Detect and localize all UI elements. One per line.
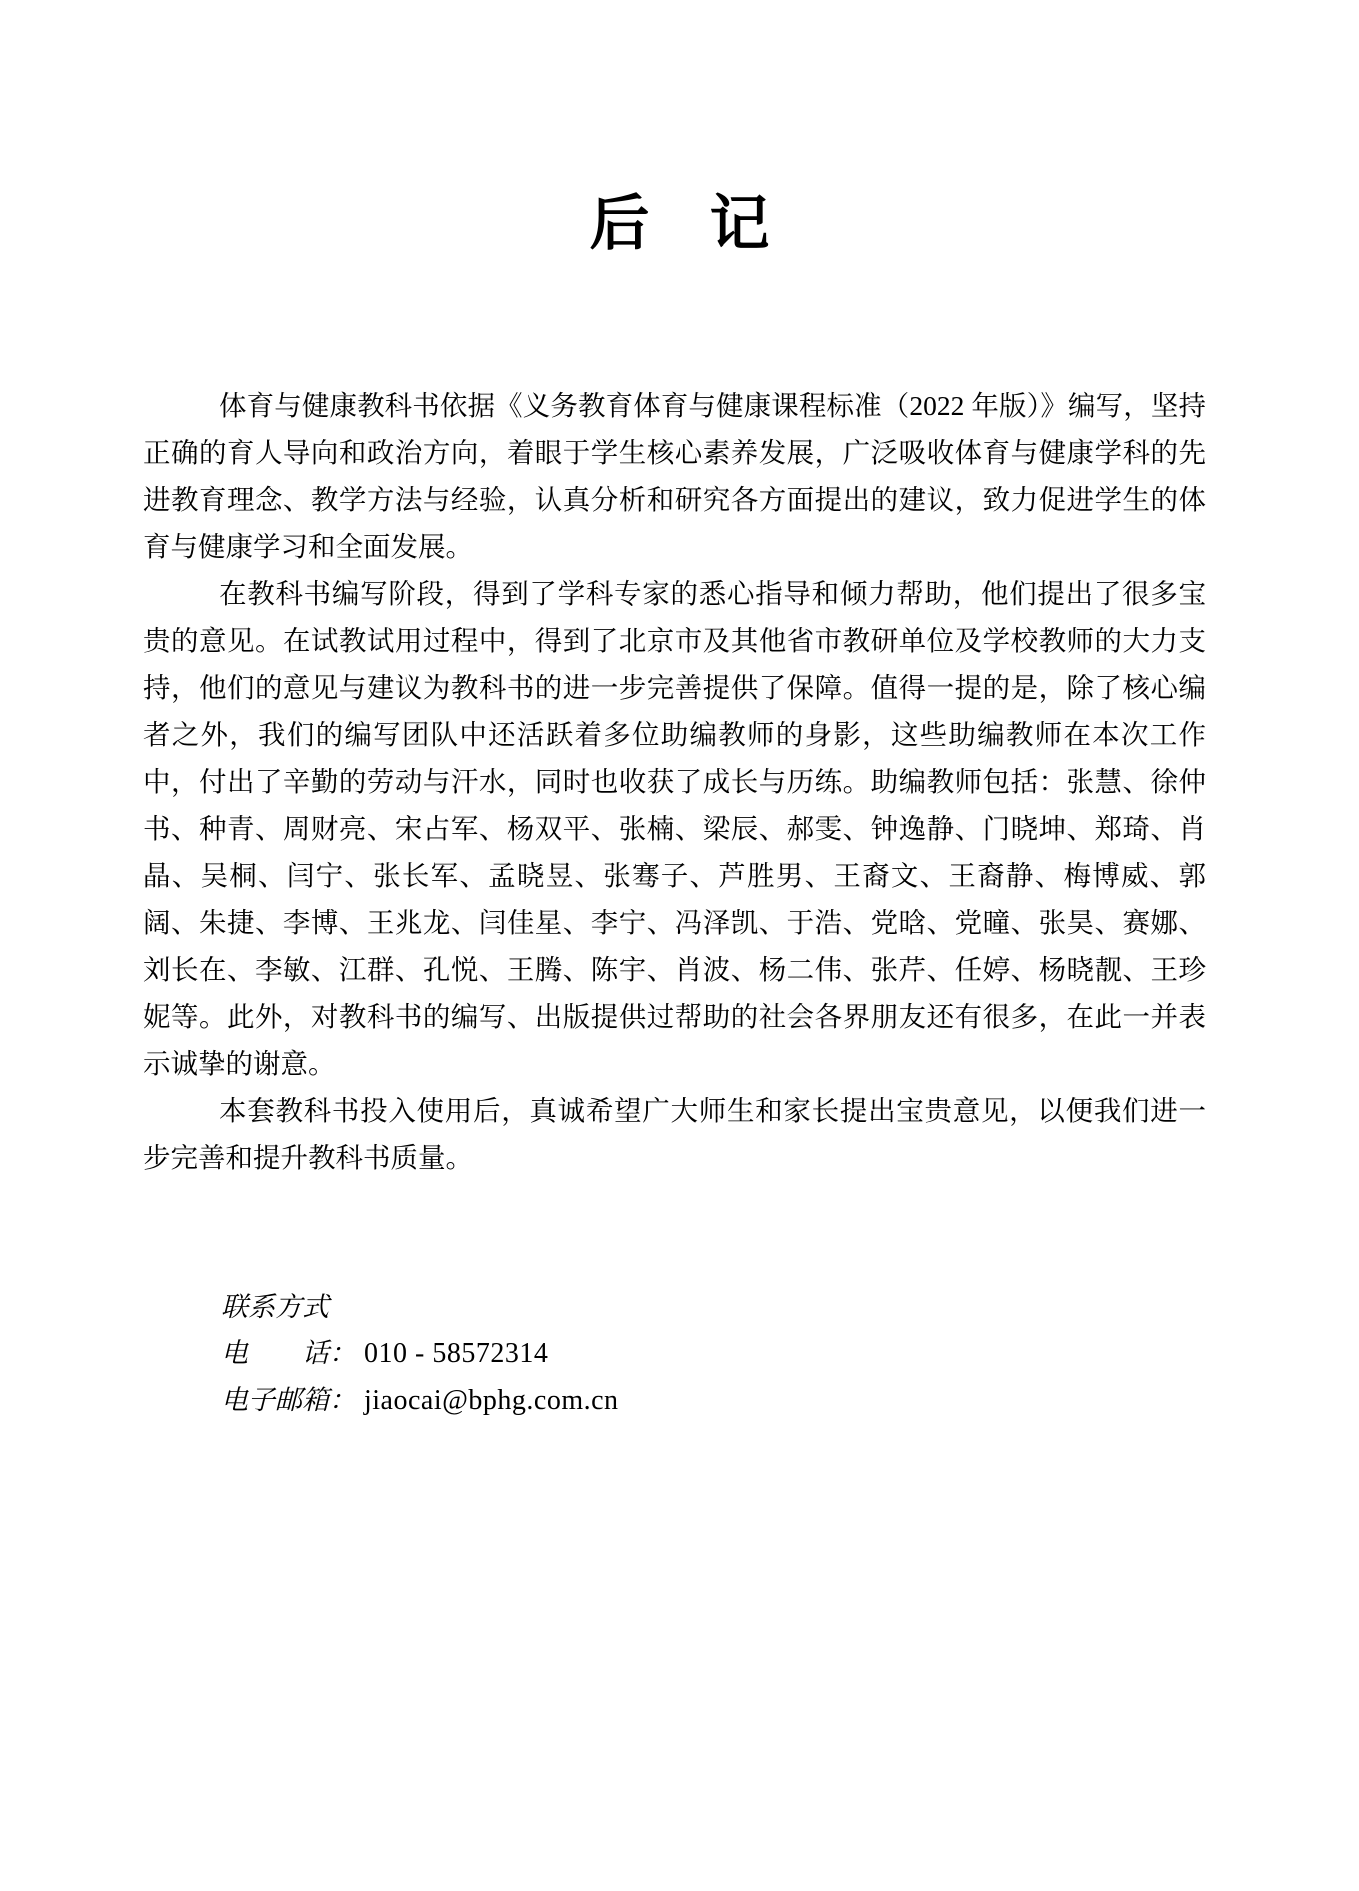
- email-value: jiaocai@bphg.com.cn: [364, 1385, 619, 1416]
- email-colon: ：: [329, 1385, 356, 1415]
- phone-label: 电 话: [221, 1330, 329, 1376]
- body-text: 体育与健康教科书依据《义务教育体育与健康课程标准（2022 年版）》编写，坚持正…: [143, 382, 1206, 1181]
- paragraph-feedback-request: 本套教科书投入使用后，真诚希望广大师生和家长提出宝贵意见，以便我们进一步完善和提…: [143, 1087, 1206, 1181]
- page-title: 后 记: [0, 190, 1359, 259]
- contact-phone-line: 电 话 ：010 - 58572314: [221, 1330, 619, 1377]
- contact-block: 联系方式 电 话 ：010 - 58572314 电子邮箱：jiaocai@bp…: [221, 1284, 619, 1424]
- email-label: 电子邮箱: [221, 1377, 329, 1423]
- contact-heading: 联系方式: [221, 1284, 619, 1330]
- afterword-page: 后 记 体育与健康教科书依据《义务教育体育与健康课程标准（2022 年版）》编写…: [0, 0, 1359, 1891]
- phone-value: 010 - 58572314: [364, 1338, 548, 1369]
- phone-label-part-1: 电: [221, 1330, 248, 1376]
- phone-colon: ：: [329, 1338, 356, 1368]
- contact-email-line: 电子邮箱：jiaocai@bphg.com.cn: [221, 1377, 619, 1424]
- phone-label-part-2: 话: [302, 1330, 329, 1376]
- paragraph-intro: 体育与健康教科书依据《义务教育体育与健康课程标准（2022 年版）》编写，坚持正…: [143, 382, 1206, 570]
- paragraph-acknowledgements: 在教科书编写阶段，得到了学科专家的悉心指导和倾力帮助，他们提出了很多宝贵的意见。…: [143, 570, 1206, 1087]
